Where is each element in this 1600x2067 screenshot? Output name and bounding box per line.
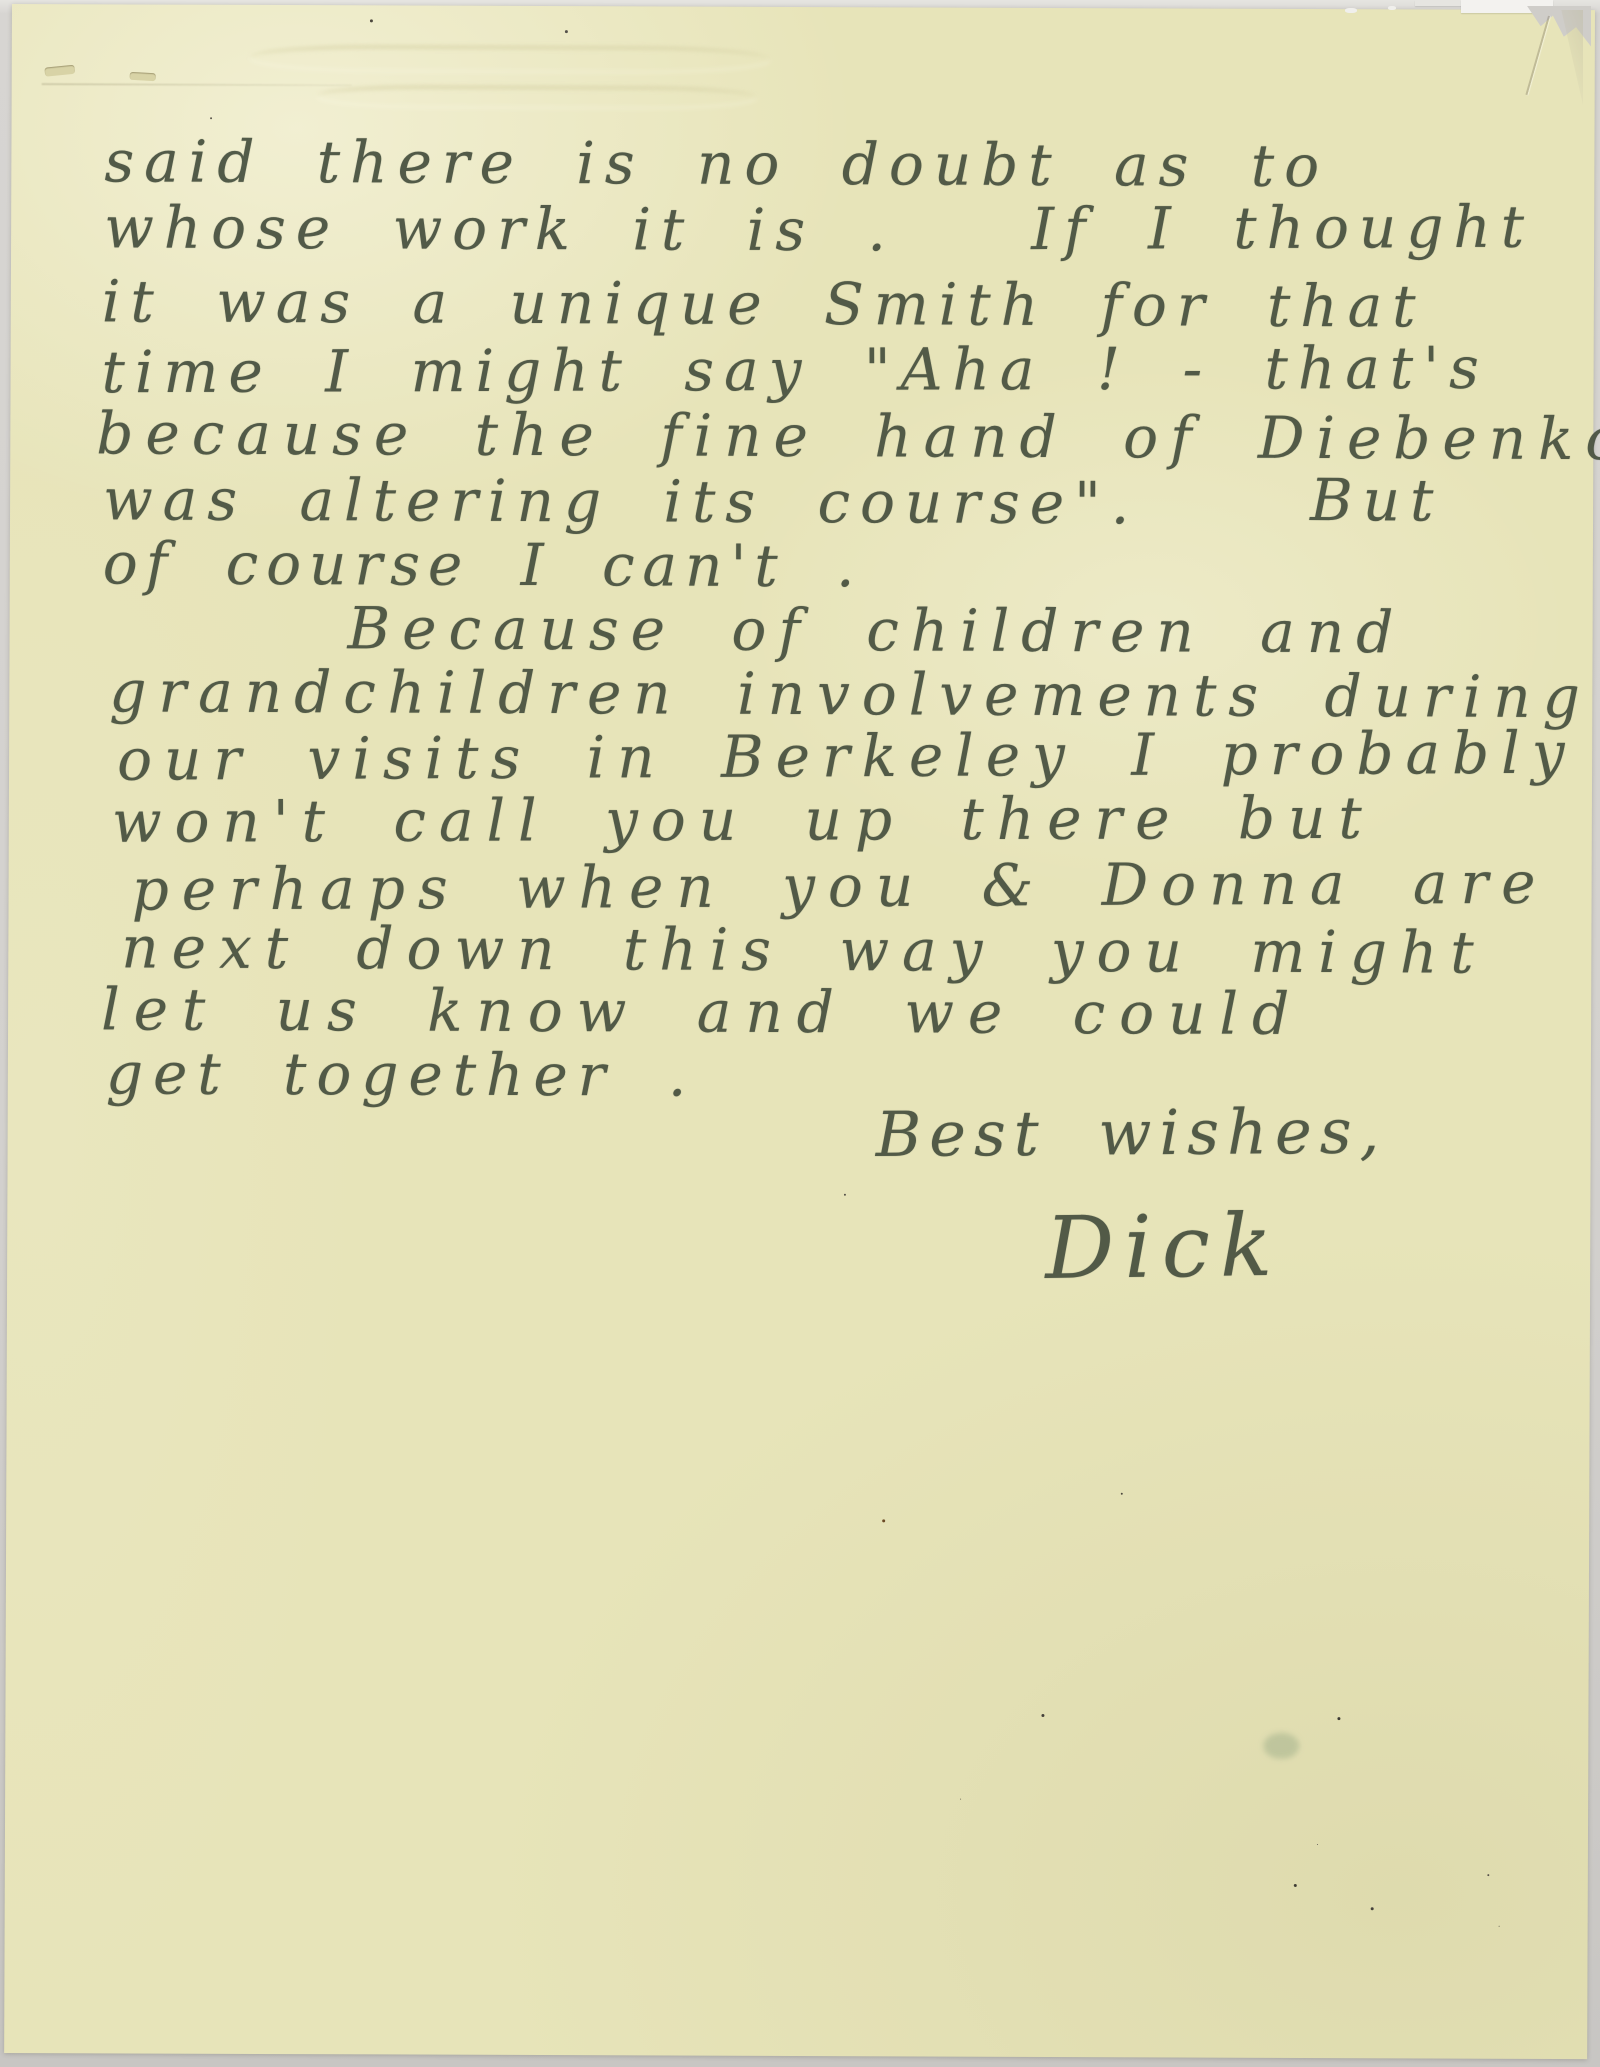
letter-line-8: Because of children and [347, 599, 1405, 661]
paper-chip [1345, 8, 1357, 13]
letter-line-2: whose work it is . [104, 198, 896, 259]
faint-smudge [1263, 1733, 1299, 1759]
tape-fragment [1415, 0, 1467, 6]
letter-line-13: next down this way you might [121, 918, 1486, 981]
paper-chip [1388, 6, 1396, 10]
paper-crease [42, 83, 352, 86]
letter-line-10: our visits in Berkeley I probably [117, 724, 1577, 789]
letter-line-4: time I might say "Aha ! - that's [102, 339, 1489, 401]
letter-line-5: because the fine hand of Diebenkorn [96, 404, 1600, 468]
staple-mark [44, 65, 75, 77]
letter-line-11: won't call you up there but [112, 789, 1375, 851]
letter-paper: said there is no doubt as to whose work … [4, 4, 1595, 2059]
dust-specks [12, 4, 15, 7]
letter-line-2b: If I thought [1031, 198, 1534, 258]
letter-line-6b: But [1310, 471, 1444, 530]
impressed-writing-mark [317, 85, 757, 108]
scanned-letter-page: said there is no doubt as to whose work … [0, 0, 1600, 2067]
staple-mark [130, 72, 156, 81]
letter-closing: Best wishes, [875, 1101, 1387, 1166]
letter-line-1: said there is no doubt as to [104, 132, 1329, 195]
letter-line-3: it was a unique Smith for that [102, 272, 1426, 335]
letter-line-15: get together . [106, 1044, 697, 1104]
letter-line-6: was altering its course". [103, 470, 1139, 532]
letter-line-7: of course I can't . [103, 534, 863, 595]
impressed-writing-mark [250, 45, 770, 72]
letter-line-9: grandchildren involvements during [109, 662, 1592, 726]
letter-line-12: perhaps when you & Donna are [131, 854, 1548, 919]
letter-line-14: let us know and we could [101, 980, 1303, 1043]
letter-signature: Dick [1045, 1203, 1283, 1292]
